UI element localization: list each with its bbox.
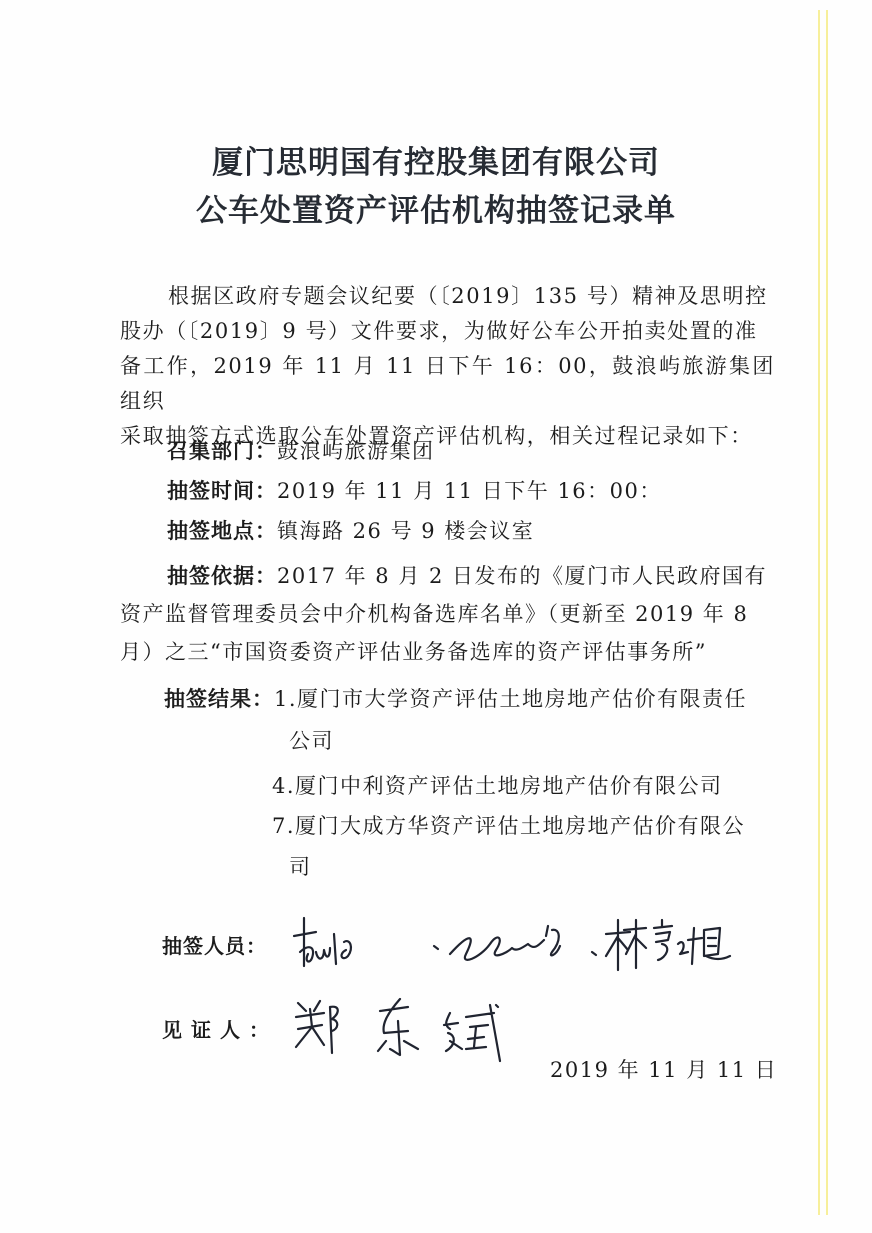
field-value: 2019 年 11 月 11 日下午 16：00：	[277, 479, 662, 503]
result-number: 1.	[274, 687, 297, 711]
document-title-company: 厦门思明国有控股集团有限公司	[0, 137, 872, 182]
result-company: 厦门市大学资产评估土地房地产估价有限责任	[297, 687, 747, 711]
result-company-continued: 公司	[289, 725, 334, 755]
field-time: 抽签时间：2019 年 11 月 11 日下午 16：00：	[167, 477, 662, 505]
intro-line-2: 股办（〔2019〕9 号）文件要求，为做好公车公开拍卖处置的准	[120, 314, 775, 349]
result-number: 4.	[272, 774, 295, 798]
field-label: 抽签依据：	[167, 564, 277, 588]
document-page: 厦门思明国有控股集团有限公司 公车处置资产评估机构抽签记录单 根据区政府专题会议…	[0, 0, 872, 1233]
field-value: 镇海路 26 号 9 楼会议室	[277, 519, 534, 543]
field-basis: 抽签依据：2017 年 8 月 2 日发布的《厦门市人民政府国有 资产监督管理委…	[120, 557, 775, 671]
witness-signature	[290, 995, 510, 1070]
drawers-label: 抽签人员：	[162, 930, 267, 959]
result-company: 厦门大成方华资产评估土地房地产估价有限公	[295, 814, 745, 838]
witness-label: 见证人：	[162, 1014, 278, 1043]
field-value: 鼓浪屿旅游集团	[277, 439, 435, 463]
drawer-signatures	[290, 908, 760, 978]
field-label: 抽签地点：	[167, 519, 277, 543]
intro-paragraph: 根据区政府专题会议纪要（〔2019〕135 号）精神及思明控 股办（〔2019〕…	[120, 279, 775, 454]
field-location: 抽签地点：镇海路 26 号 9 楼会议室	[167, 517, 534, 545]
result-company-continued: 司	[289, 851, 312, 881]
basis-line-2: 资产监督管理委员会中介机构备选库名单》（更新至 2019 年 8	[120, 595, 775, 633]
basis-line-1: 抽签依据：2017 年 8 月 2 日发布的《厦门市人民政府国有	[120, 557, 775, 595]
document-title-record: 公车处置资产评估机构抽签记录单	[0, 185, 872, 230]
intro-line-3: 备工作，2019 年 11 月 11 日下午 16：00，鼓浪屿旅游集团组织	[120, 349, 775, 419]
result-company: 厦门中利资产评估土地房地产估价有限公司	[295, 774, 723, 798]
field-label: 抽签时间：	[167, 479, 277, 503]
basis-line-3: 月）之三“市国资委资产评估业务备选库的资产评估事务所”	[120, 633, 775, 671]
field-label: 抽签结果：	[164, 687, 274, 711]
field-label: 召集部门：	[167, 439, 277, 463]
document-date: 2019 年 11 月 11 日	[550, 1054, 777, 1084]
result-item-7: 7.厦门大成方华资产评估土地房地产估价有限公	[272, 810, 745, 840]
field-convener: 召集部门：鼓浪屿旅游集团	[167, 437, 435, 465]
result-item-4: 4.厦门中利资产评估土地房地产估价有限公司	[272, 770, 723, 800]
field-result: 抽签结果：1.厦门市大学资产评估土地房地产估价有限责任	[164, 683, 747, 713]
result-number: 7.	[272, 814, 295, 838]
intro-line-1: 根据区政府专题会议纪要（〔2019〕135 号）精神及思明控	[120, 279, 775, 314]
